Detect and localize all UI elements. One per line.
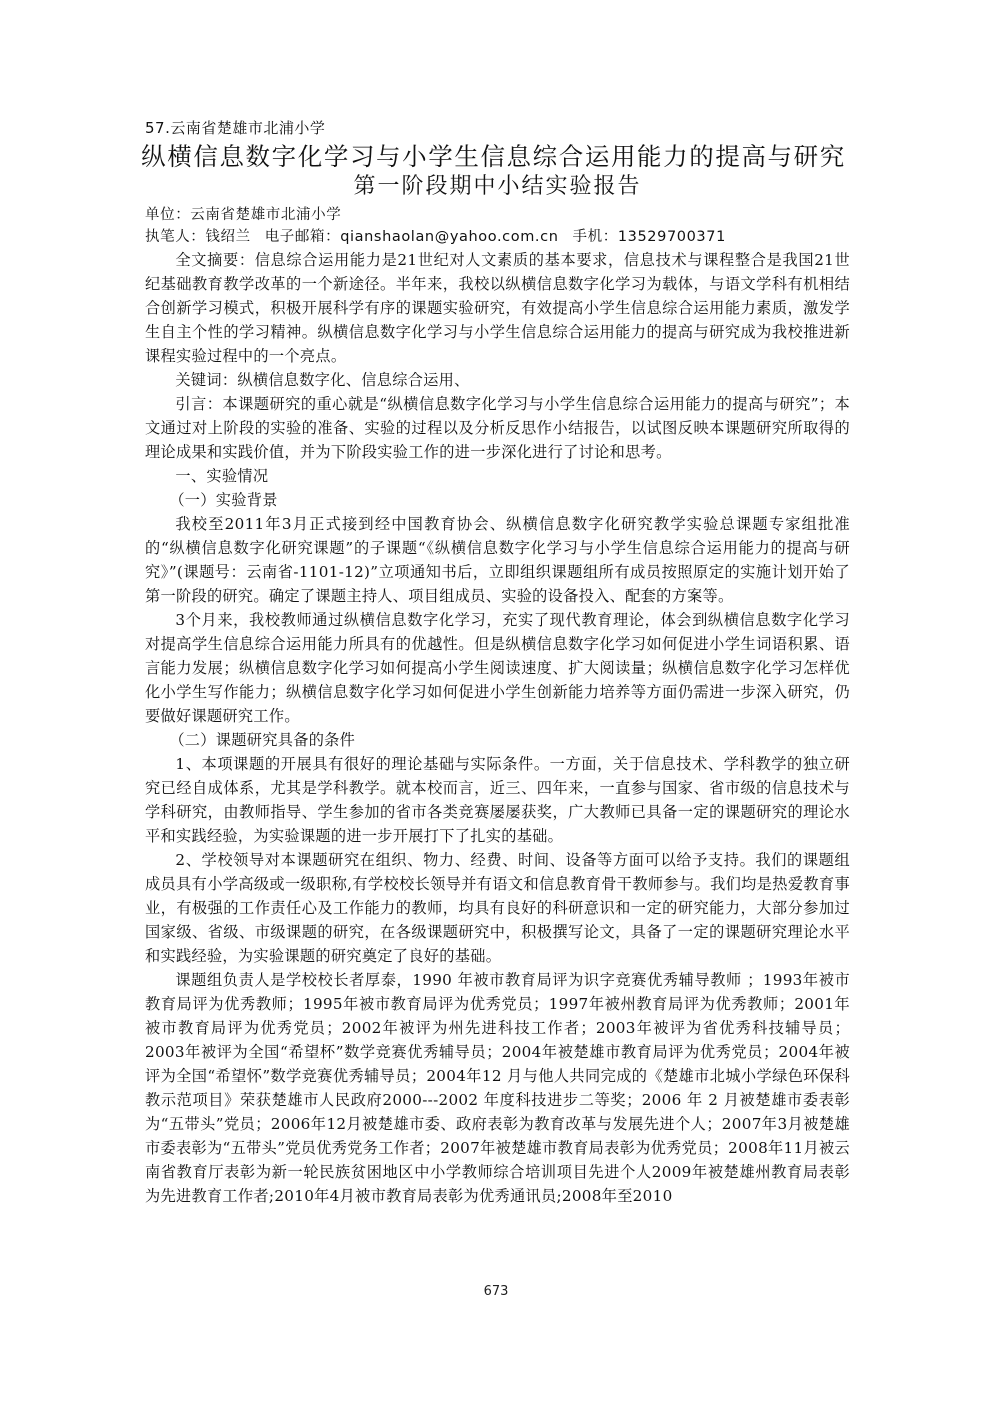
leader-paragraph: 课题组负责人是学校校长者厚泰，1990 年被市教育局评为识字竞赛优秀辅导教师 ；…: [145, 968, 850, 1208]
author-email: 电子邮箱：qianshaolan@yahoo.com.cn: [265, 229, 559, 245]
conditions-paragraph-1: 1、本项课题的开展具有很好的理论基础与实际条件。一方面，关于信息技术、学科教学的…: [145, 752, 850, 848]
section-heading-experiment: 一、实验情况: [145, 464, 850, 488]
document-page: 57.云南省楚雄市北浦小学 纵横信息数字化学习与小学生信息综合运用能力的提高与研…: [145, 118, 850, 1208]
page-number: 673: [0, 1284, 992, 1299]
author-line: 执笔人：钱绍兰电子邮箱：qianshaolan@yahoo.com.cn手机：1…: [145, 226, 850, 248]
document-subtitle: 第一阶段期中小结实验报告: [145, 172, 850, 202]
unit-line: 单位：云南省楚雄市北浦小学: [145, 204, 850, 226]
keywords-paragraph: 关键词：纵横信息数字化、信息综合运用、: [145, 368, 850, 392]
author-name: 执笔人：钱绍兰: [145, 229, 251, 245]
subsection-heading-conditions: （二）课题研究具备的条件: [145, 728, 850, 752]
introduction-paragraph: 引言：本课题研究的重心就是“纵横信息数字化学习与小学生信息综合运用能力的提高与研…: [145, 392, 850, 464]
background-paragraph-1: 我校至2011年3月正式接到经中国教育协会、纵横信息数字化研究教学实验总课题专家…: [145, 512, 850, 608]
author-phone: 手机：13529700371: [573, 229, 726, 245]
org-heading: 57.云南省楚雄市北浦小学: [145, 118, 850, 140]
conditions-paragraph-2: 2、学校领导对本课题研究在组织、物力、经费、时间、设备等方面可以给予支持。我们的…: [145, 848, 850, 968]
background-paragraph-2: 3个月来，我校教师通过纵横信息数字化学习，充实了现代教育理论，体会到纵横信息数字…: [145, 608, 850, 728]
abstract-paragraph: 全文摘要：信息综合运用能力是21世纪对人文素质的基本要求，信息技术与课程整合是我…: [145, 248, 850, 368]
subsection-heading-background: （一）实验背景: [145, 488, 850, 512]
document-title: 纵横信息数字化学习与小学生信息综合运用能力的提高与研究: [137, 142, 850, 172]
